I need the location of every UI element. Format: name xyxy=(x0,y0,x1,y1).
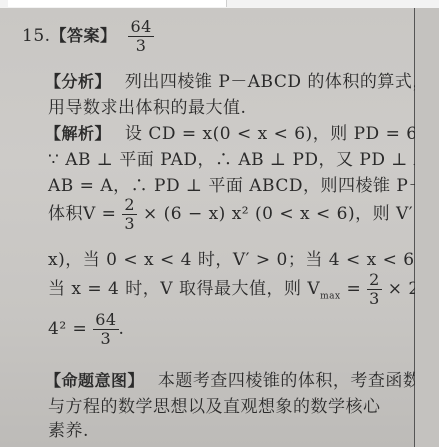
intent-line-3: 素养. xyxy=(48,416,89,441)
intent-text-1: 本题考查四棱锥的体积，考查函数 xyxy=(158,371,421,391)
answer-line: 15.【答案】 64 3 xyxy=(22,18,154,55)
result-prefix: 4² = xyxy=(48,319,87,339)
volume-label: 体积V = xyxy=(48,204,116,224)
answer-fraction: 64 3 xyxy=(128,18,153,55)
answer-denominator: 3 xyxy=(128,37,153,55)
intent-line-2: 与方程的数学思想以及直观想象的数学核心 xyxy=(48,392,381,417)
fraction-numerator: 2 xyxy=(122,196,137,215)
solution-text-1: 设 CD = x(0 < x < 6)，则 PD = 6 − x. xyxy=(125,124,439,144)
fraction-denominator: 3 xyxy=(93,330,118,348)
analysis-line-2: 用导数求出体积的最大值. xyxy=(48,93,246,118)
intent-line-1: 【命题意图】 本题考查四棱锥的体积，考查函数 xyxy=(45,366,420,391)
intent-label: 【命题意图】 xyxy=(45,371,144,390)
answer-numerator: 64 xyxy=(128,18,153,37)
document-page: 15.【答案】 64 3 【分析】 列出四棱锥 P－ABCD 的体积的算式，利 … xyxy=(0,8,415,447)
fraction-numerator: 2 xyxy=(367,271,382,290)
solution-line-7: 4² = 64 3 . xyxy=(48,311,124,348)
solution-line-3: AB = A，∴ PD ⊥ 平面 ABCD，则四棱锥 P－ABCD 的 xyxy=(48,171,439,196)
solution-line-6: 当 x = 4 时，V 取得最大值，则 Vmax = 2 3 × 2 × xyxy=(48,271,439,308)
fraction-denominator: 3 xyxy=(367,290,382,308)
analysis-line-1: 【分析】 列出四棱锥 P－ABCD 的体积的算式，利 xyxy=(45,67,439,92)
page-margin xyxy=(415,8,439,447)
problem-number: 15. xyxy=(22,26,51,46)
volume-formula-rest: × (6 − x) x² (0 < x < 6)，则 V′ = 2x(4 − xyxy=(143,204,439,224)
solution-label: 【解析】 xyxy=(45,124,111,143)
analysis-label: 【分析】 xyxy=(45,72,111,91)
solution-line-2: ∵ AB ⊥ 平面 PAD，∴ AB ⊥ PD，又 PD ⊥ AC，AC ∩ xyxy=(48,145,439,170)
volume-fraction: 2 3 xyxy=(122,196,137,233)
result-fraction: 64 3 xyxy=(93,311,118,348)
result-period: . xyxy=(119,319,125,339)
equals-sign: = xyxy=(341,279,368,299)
answer-label: 【答案】 xyxy=(51,26,117,45)
fraction-numerator: 64 xyxy=(93,311,118,330)
solution-line-5: x)，当 0 < x < 4 时，V′ > 0；当 4 < x < 6 时，V′… xyxy=(48,245,439,270)
max-fraction: 2 3 xyxy=(367,271,382,308)
top-bar-segment xyxy=(8,0,227,7)
fraction-denominator: 3 xyxy=(122,215,137,233)
max-subscript: max xyxy=(320,291,340,301)
solution-line-4: 体积V = 2 3 × (6 − x) x² (0 < x < 6)，则 V′ … xyxy=(48,196,439,233)
analysis-text-1: 列出四棱锥 P－ABCD 的体积的算式，利 xyxy=(125,72,439,92)
max-text: 当 x = 4 时，V 取得最大值，则 V xyxy=(48,279,320,299)
solution-line-1: 【解析】 设 CD = x(0 < x < 6)，则 PD = 6 − x. xyxy=(45,119,439,144)
